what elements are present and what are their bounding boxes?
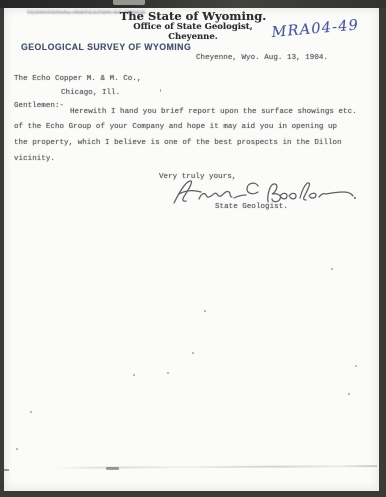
paper-speck xyxy=(348,393,350,395)
salutation: Gentlemen:- xyxy=(14,101,64,111)
paper-speck xyxy=(192,352,194,354)
paper-speck xyxy=(16,448,18,450)
body-line-2: of the Echo Group of your Company and ho… xyxy=(14,122,337,132)
paper-speck xyxy=(355,365,357,367)
letterhead-office-line: Office of State Geologist, xyxy=(93,22,293,32)
letterhead-city-line: Cheyenne. xyxy=(93,32,293,42)
paper-speck xyxy=(133,374,135,376)
scan-streak-dash xyxy=(106,467,119,470)
scan-frame-top-bar xyxy=(0,0,386,8)
addressee-city: Chicago, Ill. xyxy=(61,88,120,98)
paper-speck xyxy=(30,411,32,413)
letterhead-state-line: The State of Wyoming. xyxy=(93,9,293,23)
paper-speck xyxy=(167,372,169,374)
scan-frame-notch xyxy=(113,0,145,5)
geological-survey-stamp: GEOLOGICAL SURVEY OF WYOMING xyxy=(21,42,191,53)
scan-edge-mark xyxy=(0,469,9,471)
body-line-4: vicinity. xyxy=(14,154,55,164)
body-line-1: Herewith I hand you brief report upon th… xyxy=(70,107,357,117)
signature-title: State Geologist. xyxy=(215,202,288,212)
addressee-company: The Echo Copper M. & M. Co., xyxy=(14,74,141,84)
paper-speck xyxy=(331,268,333,270)
paper-speck xyxy=(204,310,206,312)
scanned-letter-page: TERRITORIAL INSPECTOR OF MINES The State… xyxy=(0,0,386,497)
date-line: Cheyenne, Wyo. Aug. 13, 1904. xyxy=(196,53,328,63)
stray-type-mark xyxy=(160,89,161,92)
body-line-3: the property, which I believe is one of … xyxy=(14,138,342,148)
